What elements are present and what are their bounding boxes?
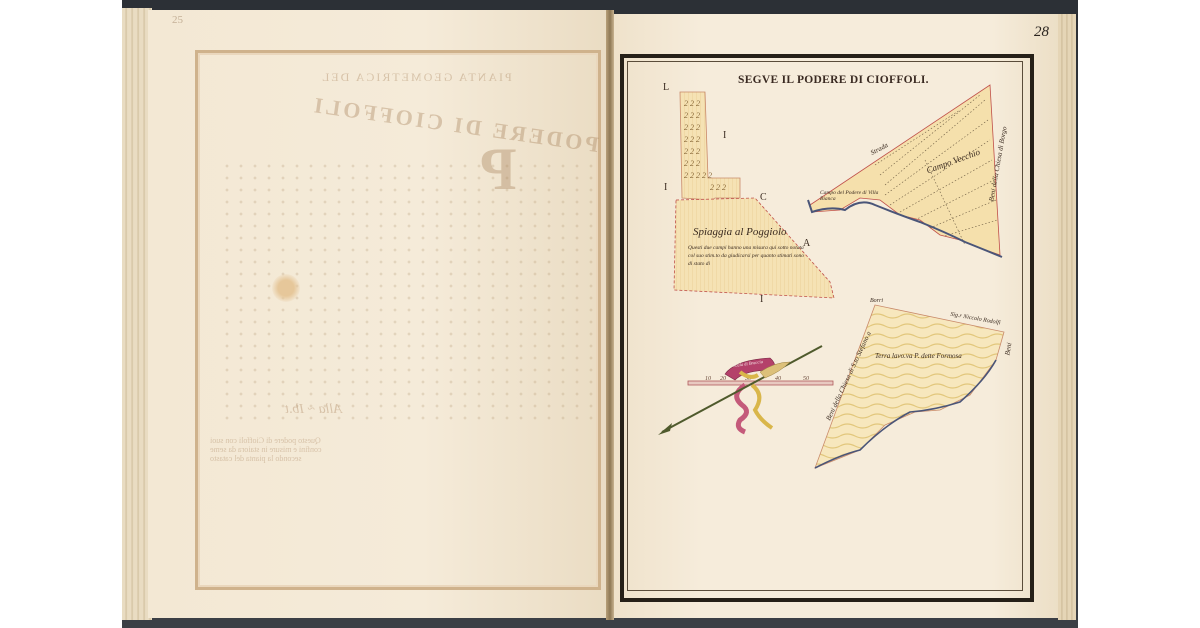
svg-text:40: 40	[775, 375, 781, 382]
parcel-note-spiaggia: Questi due campi hanno una misura qui so…	[688, 244, 808, 268]
parcel-campo-vecchio	[810, 85, 1000, 255]
svg-text:2 2 2: 2 2 2	[710, 183, 726, 192]
svg-text:20: 20	[720, 376, 726, 382]
margin-letter-l: L	[663, 82, 669, 93]
svg-text:2 2 2: 2 2 2	[684, 147, 700, 156]
svg-text:2 2 2: 2 2 2	[684, 159, 700, 168]
margin-letter-i2: I	[664, 182, 667, 193]
svg-text:10: 10	[705, 376, 711, 382]
svg-text:2 2 2 2 2: 2 2 2 2 2	[684, 171, 712, 180]
parcel-label-terra: Terra lavo.va P. dette Formosa	[875, 352, 962, 360]
margin-letter-i3: I	[760, 294, 763, 305]
margin-letter-c: C	[760, 192, 767, 203]
neighbor-label-villa-bianca: Campo del Podere di Villa Bianca	[820, 190, 880, 202]
svg-text:50: 50	[803, 376, 809, 382]
svg-text:2 2 2: 2 2 2	[684, 99, 700, 108]
parcel-strip: 2 2 22 2 22 2 2 2 2 22 2 22 2 2 2 2 2 2 …	[680, 92, 740, 200]
margin-letter-i1: I	[723, 130, 726, 141]
map-drawing: 2 2 22 2 22 2 2 2 2 22 2 22 2 2 2 2 2 2 …	[0, 0, 1200, 628]
svg-text:2 2 2: 2 2 2	[684, 111, 700, 120]
svg-text:2 2 2: 2 2 2	[684, 123, 700, 132]
svg-text:2 2 2: 2 2 2	[684, 135, 700, 144]
neighbor-label-borri: Borri	[870, 298, 883, 304]
parcel-label-spiaggia: Spiaggia al Poggiolo	[693, 226, 787, 238]
